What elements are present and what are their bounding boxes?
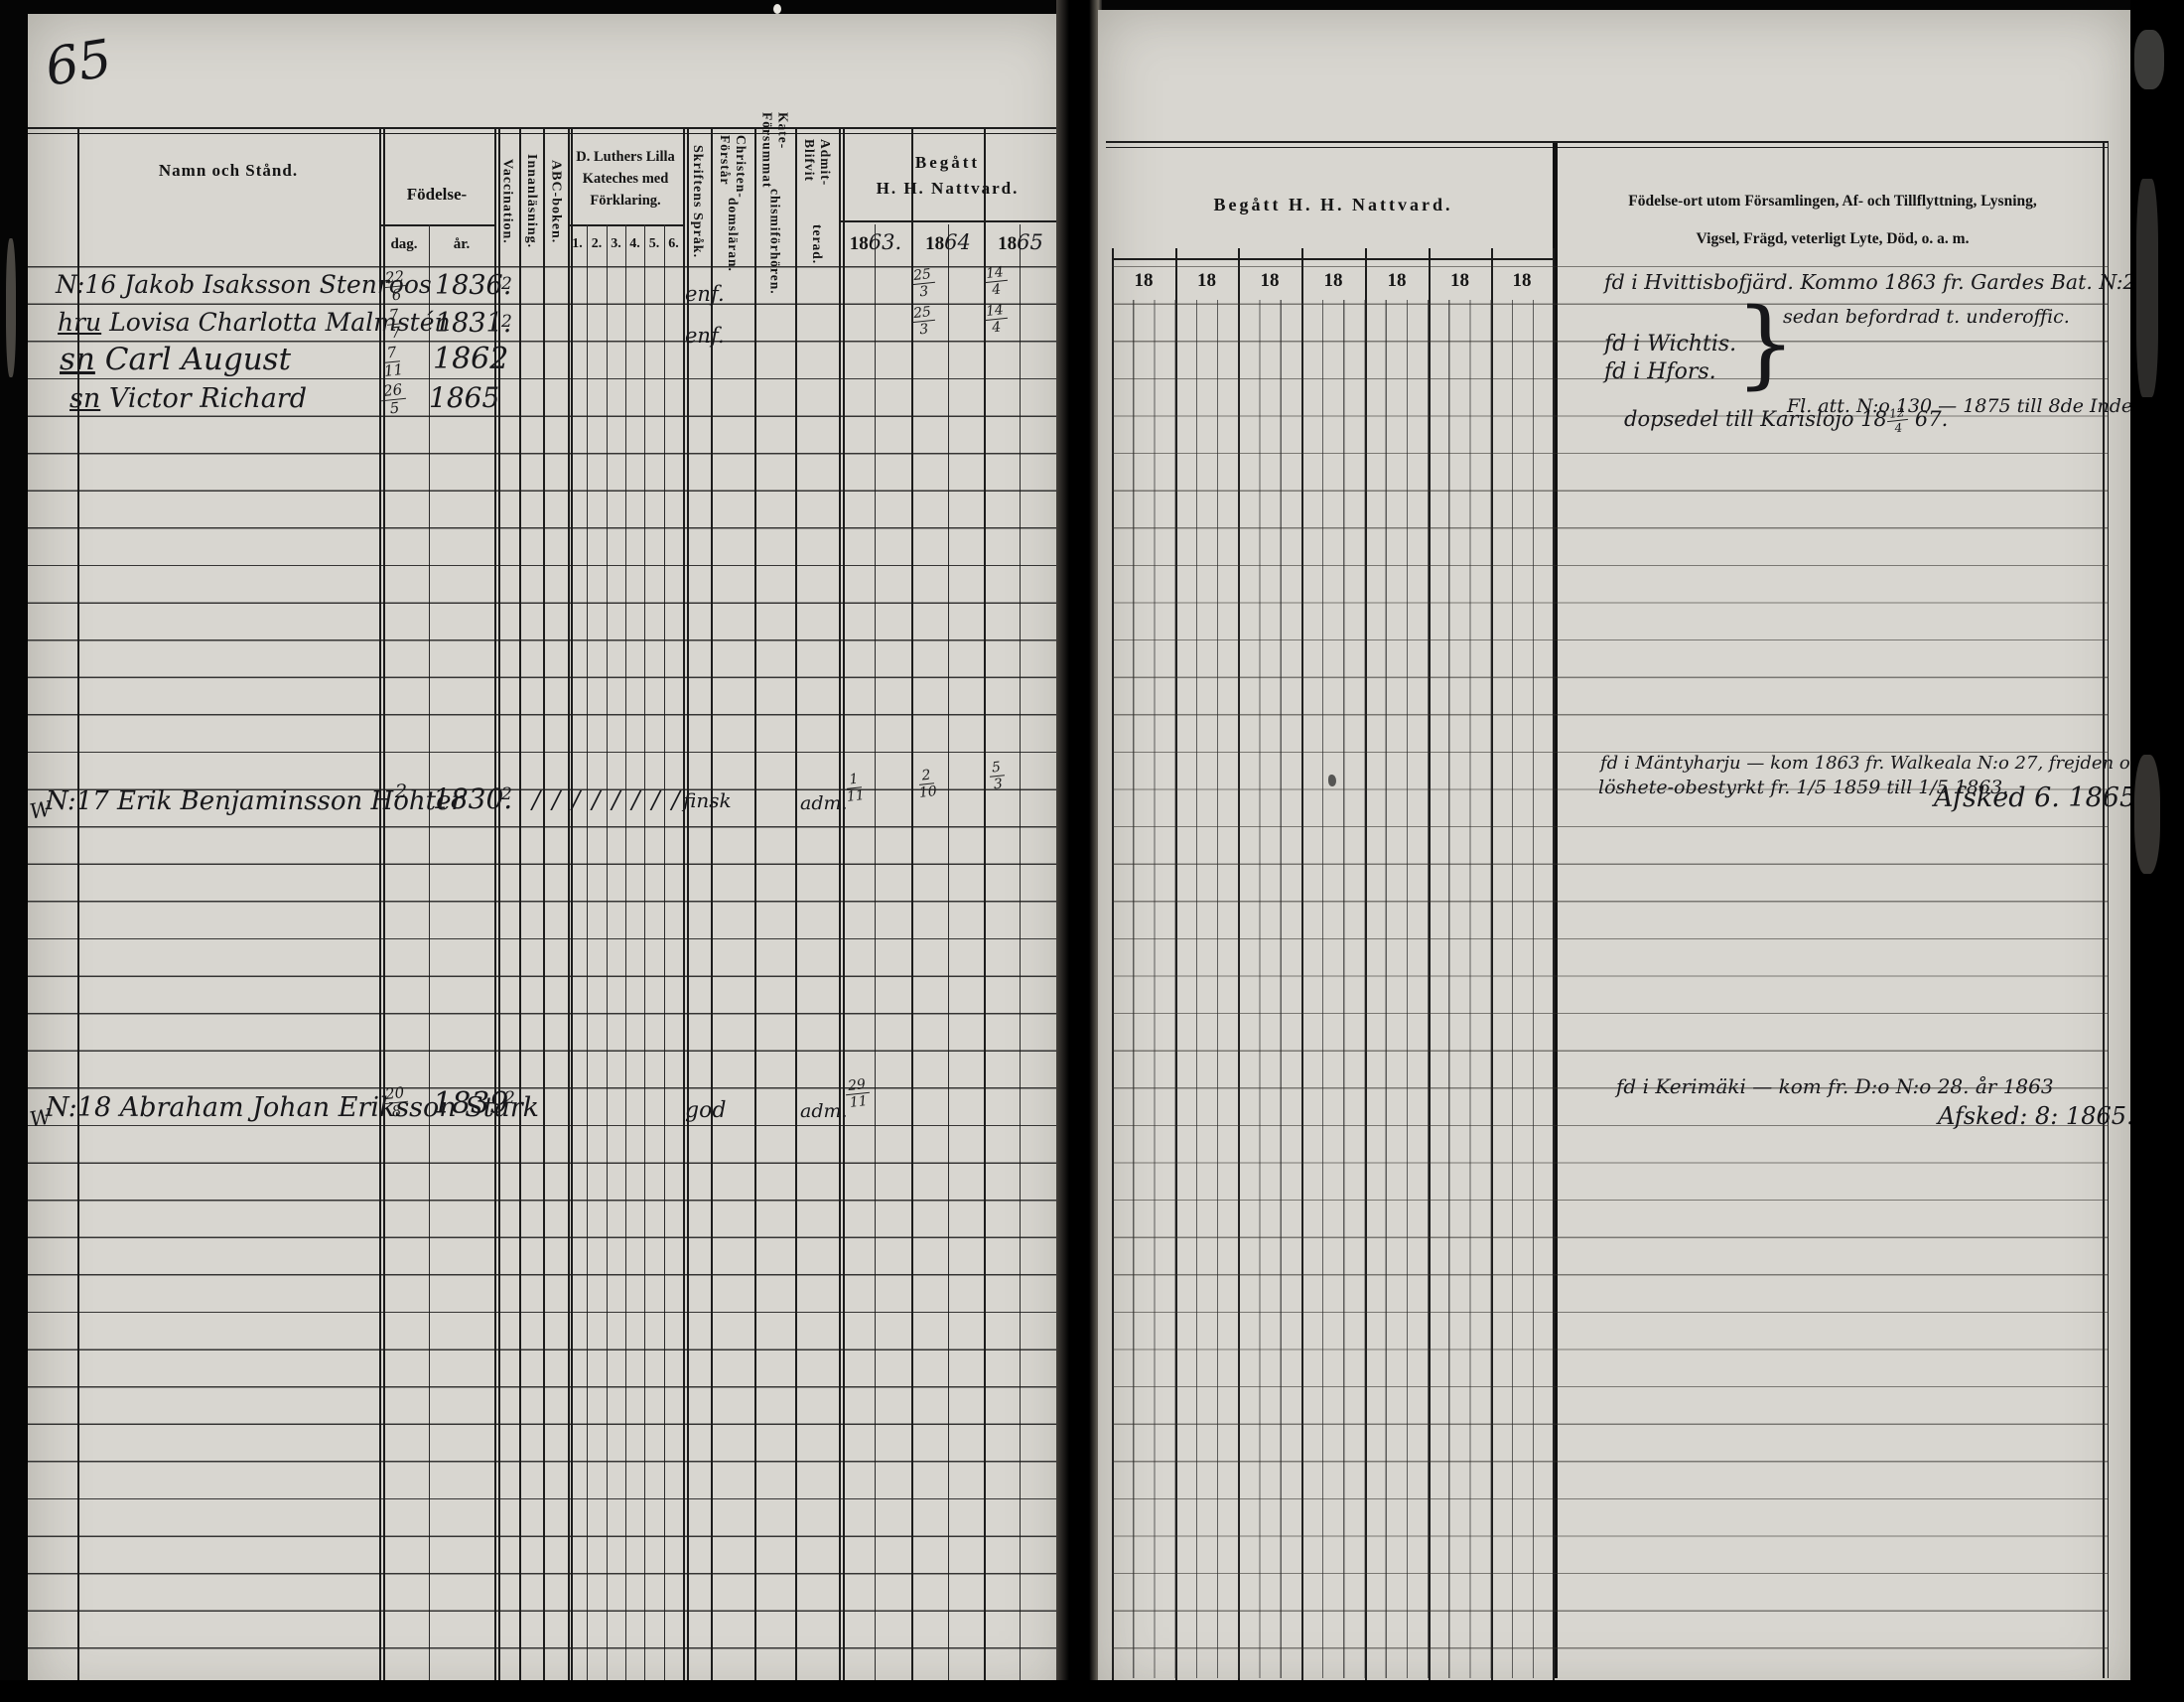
frac-den: 10 bbox=[918, 783, 937, 800]
frac-den: 6 bbox=[391, 286, 402, 303]
frac-num: 25 bbox=[909, 267, 934, 285]
header-forsummat-katechismiforhoren: Försummat Kate- chismiförhören. bbox=[754, 139, 795, 268]
scan-speck bbox=[773, 4, 781, 14]
header-birth: Födelse- bbox=[379, 185, 494, 205]
header-forstar-line2: domsläran. bbox=[725, 198, 741, 272]
entry-prefix: sn bbox=[69, 383, 100, 414]
header-skriftens-sprak: Skriftens Språk. bbox=[683, 139, 711, 264]
frac-den: 3 bbox=[993, 777, 1003, 792]
header-notes-line2: Vigsel, Frägd, veterligt Lyte, Död, o. a… bbox=[1565, 230, 2101, 248]
note-n16-origin: fd i Hvittisbofjärd. Kommo 1863 fr. Gard… bbox=[1604, 270, 2155, 294]
nattvard-1863: 1 11 bbox=[844, 772, 865, 804]
header-year: 18 bbox=[1491, 270, 1553, 292]
header-skriftens: Skriftens bbox=[689, 145, 705, 208]
note-n17-line1: fd i Mäntyharju — kom 1863 fr. Walkeala … bbox=[1600, 753, 2184, 774]
frac-den: 3 bbox=[919, 322, 929, 338]
header-year-1865: 1865 bbox=[987, 230, 1054, 255]
frac-num: 14 bbox=[982, 303, 1007, 321]
header-year: 18 bbox=[1429, 270, 1491, 292]
header-katekes-col-3: 3. bbox=[607, 236, 625, 252]
frac-den: 5 bbox=[389, 399, 400, 416]
header-year-1864: 1864 bbox=[914, 230, 982, 255]
header-katekes-col-4: 4. bbox=[625, 236, 644, 252]
header-notes-line1: Födelse-ort utom Församlingen, Af- och T… bbox=[1565, 193, 2101, 211]
entry-name: Carl August bbox=[105, 342, 291, 377]
header-year: 18 bbox=[1175, 270, 1238, 292]
entry-name: Erik Benjaminsson Hohter bbox=[117, 786, 464, 816]
entry-row: N:16 Jakob Isaksson Stenroos bbox=[56, 270, 432, 299]
header-nattvard-line2: H. H. Nattvard. bbox=[839, 179, 1056, 199]
year-prefix: 18 bbox=[998, 233, 1017, 254]
header-year: 18 bbox=[1112, 270, 1175, 292]
entry-number: N:17 bbox=[46, 786, 109, 816]
frac-num: 2 bbox=[918, 768, 935, 784]
note-n16-promoted: sedan befordrad t. underoffic. bbox=[1783, 306, 2070, 328]
frac-num: 25 bbox=[909, 305, 934, 323]
grade-mark: enf. bbox=[685, 324, 725, 348]
katekes-marks: //////// bbox=[532, 786, 692, 814]
header-nattvard-title: Begått H. H. Nattvard. bbox=[1112, 195, 1555, 215]
header-name-column: Namn och Stånd. bbox=[77, 161, 379, 181]
header-year: 18 bbox=[1365, 270, 1429, 292]
note-n16-dopsedel: dopsedel till Karislojo 18124 67. bbox=[1624, 407, 1948, 434]
year-prefix: 18 bbox=[850, 233, 869, 254]
rule-line bbox=[1106, 147, 2109, 148]
frac-den: 4 bbox=[992, 282, 1002, 298]
header-blifvit-admitterad: Blifvit Admit- terad. bbox=[795, 139, 839, 264]
header-forsummat-line2: chismiförhören. bbox=[767, 189, 783, 295]
left-page: 65 Namn och Stånd. Födelse- dag. år. Vac… bbox=[28, 14, 1070, 1702]
year-prefix: 18 bbox=[925, 233, 944, 254]
entry-row: sn Carl August bbox=[60, 342, 291, 377]
frac-den: 11 bbox=[849, 1093, 868, 1110]
note-text: 67. bbox=[1915, 407, 1948, 431]
book-gutter bbox=[1056, 0, 1102, 1702]
year-suffix-63: 63. bbox=[869, 230, 901, 254]
note-text: dopsedel till Karislojo 18 bbox=[1624, 407, 1887, 431]
admitted-mark: adm. bbox=[800, 1100, 848, 1122]
scan-artifact bbox=[6, 238, 16, 377]
page-number: 65 bbox=[42, 29, 116, 98]
scan-artifact bbox=[2134, 30, 2164, 89]
grade-mark: god bbox=[685, 1098, 726, 1123]
frac-den: 11 bbox=[383, 361, 404, 379]
header-sprak: Språk. bbox=[689, 213, 705, 258]
note-n16-wife-origin: fd i Wichtis. bbox=[1604, 332, 1736, 356]
frac-num: 1 bbox=[846, 772, 863, 788]
birth-day: 7 11 bbox=[381, 345, 403, 379]
header-nattvard-line1: Begått bbox=[839, 153, 1056, 173]
header-vaccination: Vaccination. bbox=[494, 139, 519, 264]
scanned-register-page: 65 Namn och Stånd. Födelse- dag. år. Vac… bbox=[0, 0, 2184, 1702]
frac-den: 3 bbox=[919, 284, 929, 300]
vaccination-mark: 2 bbox=[501, 274, 512, 294]
birth-day: 20 8 bbox=[381, 1085, 409, 1120]
header-forstar-line1: Förstår Christen- bbox=[717, 135, 749, 199]
frac-den: 4 bbox=[992, 320, 1002, 336]
header-katekes-line3: Förklaring. bbox=[568, 193, 683, 210]
header-katekes-line1: D. Luthers Lilla bbox=[568, 149, 683, 166]
nattvard-1863: 29 11 bbox=[844, 1077, 871, 1110]
birth-day: 7 7 bbox=[385, 307, 404, 341]
nattvard-1865: 14 4 bbox=[982, 265, 1009, 298]
nattvard-1864: 25 3 bbox=[909, 305, 936, 338]
birth-day: 2 bbox=[395, 780, 407, 802]
vaccination-mark: 2 bbox=[501, 312, 512, 332]
vaccination-mark: 2 bbox=[504, 1088, 515, 1108]
frac-num: 12 bbox=[1886, 406, 1909, 422]
frac-den: 7 bbox=[390, 324, 401, 341]
header-year: 18 bbox=[1238, 270, 1301, 292]
nattvard-1864: 2 10 bbox=[916, 768, 937, 800]
year-suffix-65: 65 bbox=[1017, 230, 1043, 254]
header-birth-day: dag. bbox=[379, 236, 429, 253]
birth-year: 1831. bbox=[435, 308, 511, 339]
header-forstar-christendomslaran: Förstår Christen- domsläran. bbox=[711, 139, 754, 268]
header-year-1863: 1863. bbox=[842, 230, 909, 255]
header-year: 18 bbox=[1301, 270, 1365, 292]
header-forsummat-line1: Försummat Kate- bbox=[759, 112, 791, 189]
birth-year: 1865 bbox=[429, 381, 499, 414]
vaccination-mark: 2 bbox=[501, 784, 512, 804]
header-katekes-line2: Kateches med bbox=[568, 171, 683, 188]
scan-artifact bbox=[2134, 755, 2160, 874]
nattvard-1865: 14 4 bbox=[982, 303, 1009, 336]
table-row-lines bbox=[28, 266, 1070, 1696]
entry-prefix: hru bbox=[58, 308, 101, 337]
nattvard-1864: 25 3 bbox=[909, 267, 936, 300]
year-suffix-64: 64 bbox=[944, 230, 971, 254]
note-n18-afsked: Afsked: 8: 1865. bbox=[1938, 1102, 2134, 1130]
birth-year: 1862 bbox=[433, 342, 508, 376]
header-katekes-col-5: 5. bbox=[644, 236, 664, 252]
header-admitterad-line1: Blifvit Admit- bbox=[801, 139, 833, 224]
note-n18-line1: fd i Kerimäki — kom fr. D:o N:o 28. år 1… bbox=[1616, 1074, 2054, 1098]
header-birth-year: år. bbox=[429, 236, 494, 253]
birth-year: 1839 bbox=[433, 1086, 508, 1121]
entry-row: sn Victor Richard bbox=[69, 383, 307, 414]
frac-den: 4 bbox=[1894, 421, 1903, 435]
frac-num: 14 bbox=[982, 265, 1007, 283]
entry-prefix: sn bbox=[60, 342, 95, 377]
header-admitterad-line2: terad. bbox=[809, 224, 825, 264]
header-innanlasning: Innanläsning. bbox=[519, 139, 543, 264]
grade-mark: enf. bbox=[685, 282, 725, 306]
frac-den: 11 bbox=[846, 787, 865, 804]
header-katekes-col-2: 2. bbox=[587, 236, 607, 252]
entry-name: Victor Richard bbox=[109, 383, 307, 414]
admitted-mark: adm. bbox=[800, 792, 848, 814]
frac-den: 8 bbox=[391, 1102, 402, 1119]
table-row-lines bbox=[1112, 266, 2109, 1680]
scan-border-bottom bbox=[0, 1680, 2184, 1702]
header-abc-boken: ABC-boken. bbox=[543, 139, 568, 264]
frac-num: 5 bbox=[988, 760, 1005, 777]
entry-number: N:18 bbox=[46, 1092, 111, 1123]
note-n17-afsked: Afsked 6. 1865. bbox=[1934, 782, 2145, 813]
birth-year: 1836. bbox=[435, 270, 511, 301]
birth-day: 26 5 bbox=[379, 382, 407, 417]
header-katekes-col-1: 1. bbox=[568, 236, 587, 252]
scan-artifact bbox=[2136, 179, 2158, 397]
header-katekes-col-6: 6. bbox=[664, 236, 683, 252]
ink-smudge bbox=[1328, 775, 1336, 786]
right-page: Begått H. H. Nattvard. 18 18 18 18 18 18… bbox=[1098, 10, 2130, 1698]
entry-number: N:16 bbox=[56, 270, 116, 299]
rule-line bbox=[1106, 141, 2109, 143]
birth-day: 22 6 bbox=[381, 269, 409, 304]
note-n16-son-origin: fd i Hfors. bbox=[1604, 359, 1716, 384]
nattvard-1865: 5 3 bbox=[988, 760, 1006, 791]
grade-mark: finsk bbox=[683, 788, 732, 812]
